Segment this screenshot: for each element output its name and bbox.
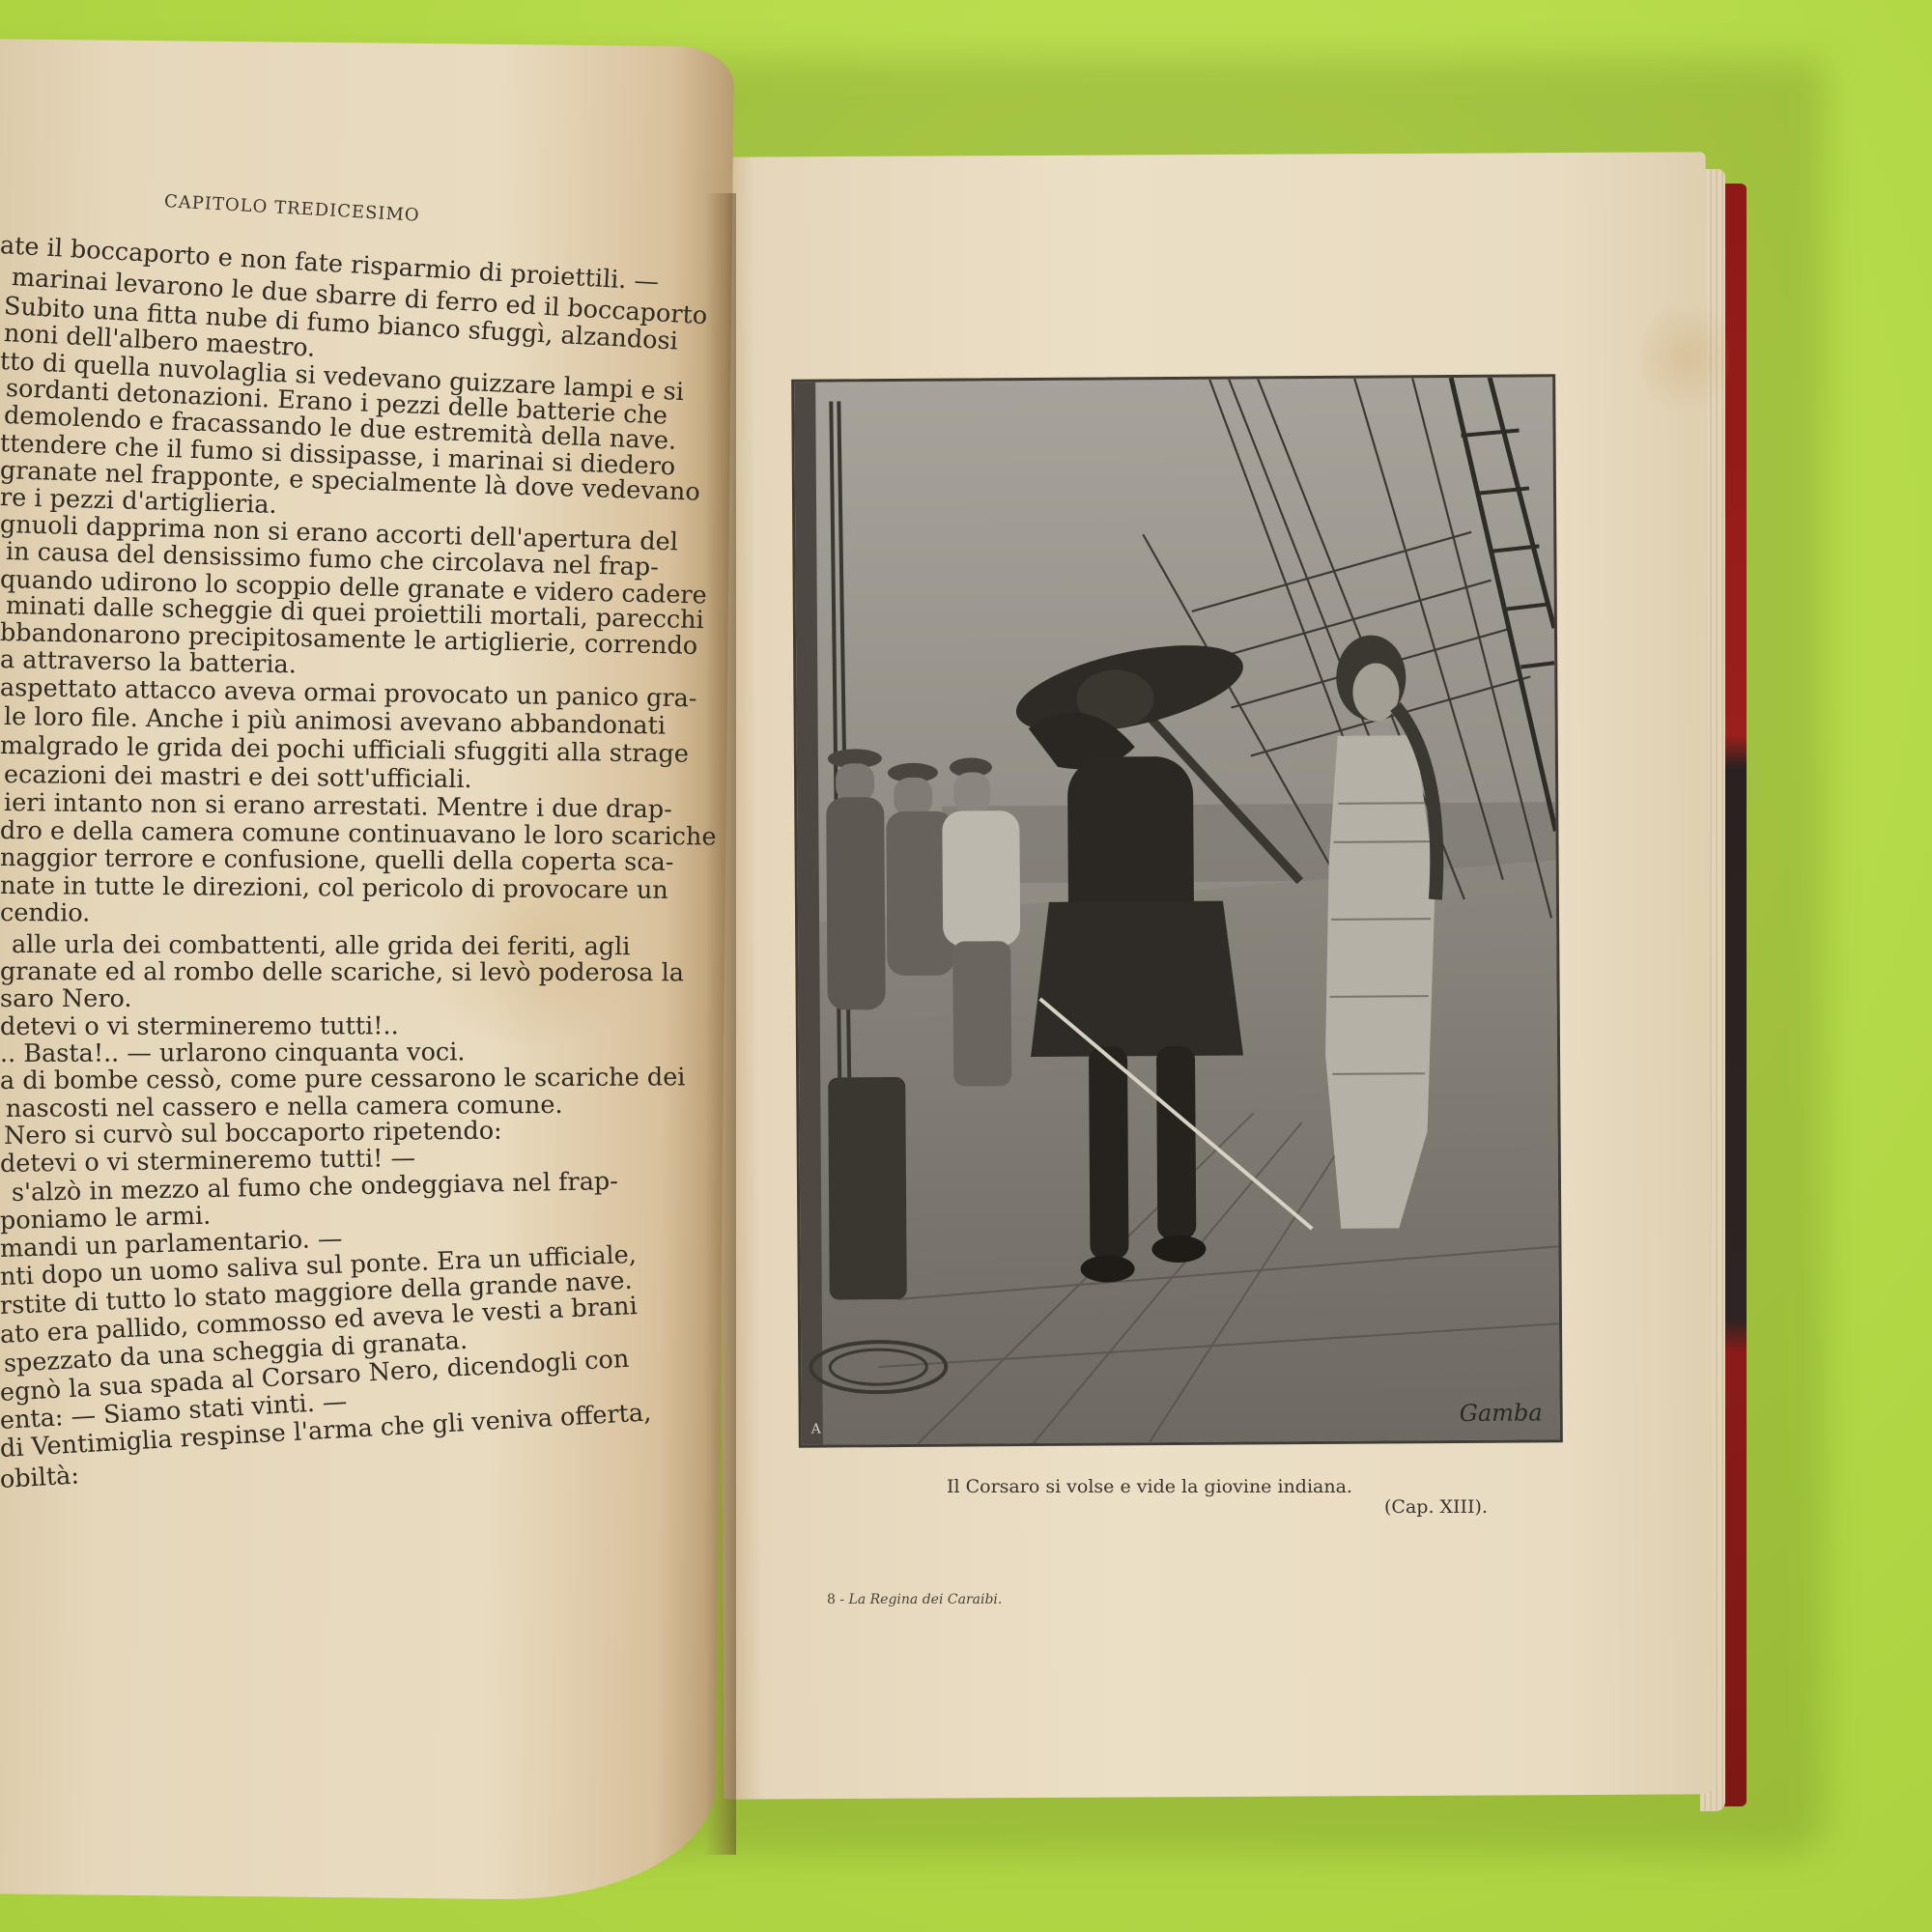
text-line: a di bombe cessò, come pure cessarono le…: [0, 1065, 685, 1094]
page-footer: 8 - La Regina dei Caraibi.: [827, 1592, 1002, 1607]
text-line: alle urla dei combattenti, alle grida de…: [12, 933, 631, 960]
text-line: detevi o vi stermineremo tutti!..: [0, 1014, 399, 1039]
text-line: nate in tutte le direzioni, col pericolo…: [0, 874, 668, 903]
text-line: granate ed al rombo delle scariche, si l…: [0, 960, 684, 986]
paper-stain: [1642, 290, 1729, 425]
engraving-illustration: [794, 377, 1560, 1444]
text-line: .. Basta!.. — urlarono cinquanta voci.: [0, 1040, 465, 1066]
book-gutter: [705, 193, 736, 1855]
footer-sheet-number: 8 -: [827, 1592, 844, 1607]
text-line: Nero si curvò sul boccaporto ripetendo:: [4, 1120, 502, 1150]
illustration-caption: Il Corsaro si volse e vide la giovine in…: [947, 1476, 1352, 1497]
caption-chapter-ref: (Cap. XIII).: [1384, 1496, 1488, 1518]
engraver-monogram: A: [811, 1422, 821, 1437]
text-line: saro Nero.: [0, 987, 132, 1012]
artist-signature: Gamba: [1460, 1399, 1543, 1427]
text-line: obiltà:: [0, 1463, 80, 1492]
footer-book-title: La Regina dei Caraibi.: [849, 1592, 1003, 1607]
text-line: cendio.: [0, 901, 90, 926]
illustration-plate: Gamba A: [791, 374, 1563, 1447]
